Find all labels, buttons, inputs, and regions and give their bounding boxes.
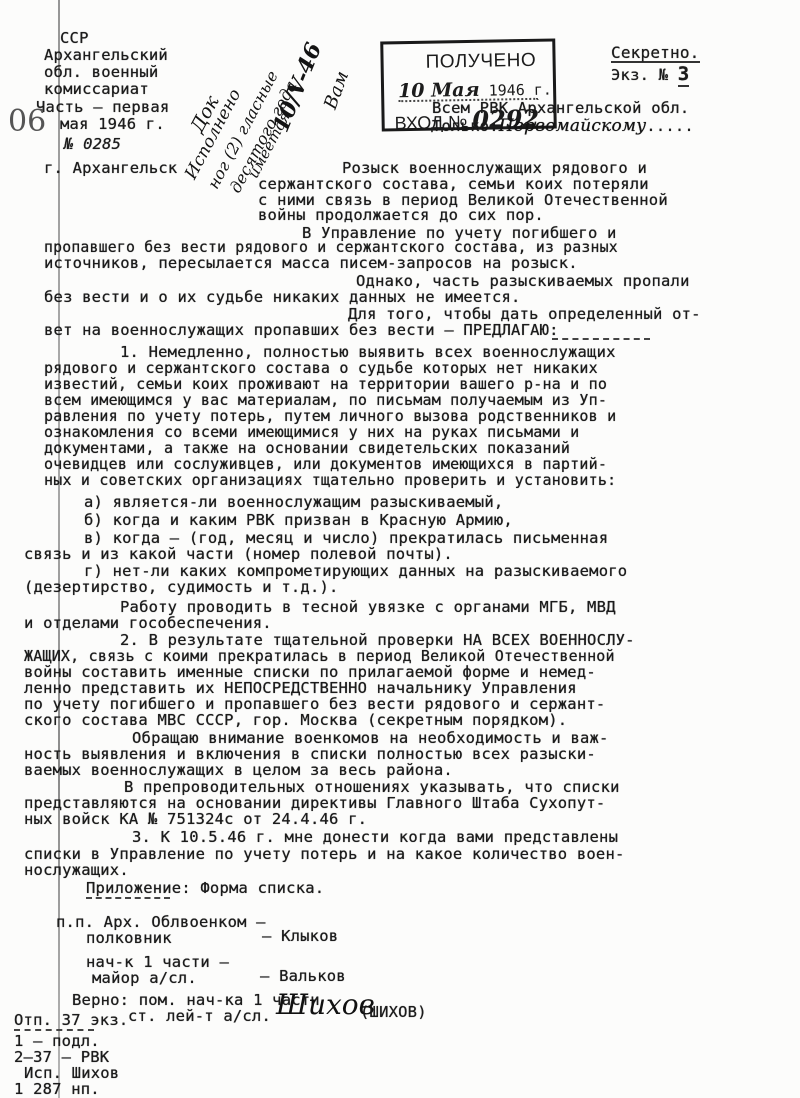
body-line: 3. К 10.5.46 г. мне донести когда вами п… — [132, 829, 618, 845]
attachment-note: Приложение: Форма списка. — [86, 880, 324, 896]
body-line: нослужащих. — [24, 862, 129, 878]
addressee-only: Только:Первомайскому..... — [432, 118, 694, 134]
stamp-title: ПОЛУЧЕНО — [425, 50, 536, 74]
distribution-line: 2–37 – РВК — [14, 1049, 109, 1065]
body-line: без вести и о их судьбе никаких данных н… — [44, 289, 521, 305]
letterhead-line: мая 1946 г. — [60, 116, 165, 132]
body-line: представляются на основании директивы Гл… — [24, 795, 605, 811]
body-line: сержантского состава, семьи коих потерял… — [258, 176, 649, 192]
letterhead-line: комиссариат — [44, 81, 149, 97]
body-list-item: г) нет-ли каких компрометирующих данных … — [84, 563, 627, 579]
resolution-date: 10/V-46 — [268, 39, 327, 136]
signatory-title: п.п. Арх. Облвоенком – — [56, 914, 266, 930]
body-line: всем имеющимся у вас материалам, по пись… — [44, 392, 607, 408]
body-line: ЖАЩИХ, связь с коими прекратилась в пери… — [24, 648, 615, 664]
letterhead-line: Часть – первая — [36, 99, 169, 115]
body-line: рядового и сержантского состава о судьбе… — [44, 360, 598, 376]
copy-number: Экз. № 3 — [611, 66, 689, 83]
body-line: связь и из какой части (номер полевой по… — [24, 546, 453, 562]
distribution-line: 1 287 нп. — [14, 1081, 100, 1097]
body-line: списки в Управление по учету потерь и на… — [24, 846, 625, 862]
body-line: Однако, часть разыскиваемых пропали — [356, 273, 690, 289]
signatory-title: майор а/сл. — [92, 970, 197, 986]
body-line: известий, семьи коих проживают на террит… — [44, 376, 607, 392]
body-line: ность выявления и включения в списки пол… — [24, 746, 596, 762]
classification-label: Секретно. — [611, 45, 700, 63]
signatory-title: нач-к 1 части – — [86, 954, 229, 970]
letterhead-line: обл. военный — [44, 64, 158, 80]
body-list-item: в) когда – (год, месяц и число) прекрати… — [84, 530, 608, 546]
body-line: по учету погибшего и пропавшего без вест… — [24, 696, 605, 712]
body-line: ных войск КА № 751324с от 24.4.46 г. — [24, 811, 367, 827]
distribution-line: Отп. 37 экз. — [14, 1012, 128, 1028]
predlagayu-underline — [552, 338, 650, 340]
signatory-name: (ШИХОВ) — [360, 1004, 427, 1020]
body-list-item: б) когда и каким РВК призван в Красную А… — [84, 512, 513, 528]
body-line: и отделами гособеспечения. — [24, 615, 272, 631]
letterhead-city: г. Архангельск — [44, 160, 177, 176]
scanned-document-page: ССР Архангельский обл. военный комиссари… — [0, 0, 800, 1098]
body-line: Розыск военнослужащих рядового и — [342, 160, 647, 176]
letterhead-line: ССР — [60, 30, 89, 46]
body-line: войны продолжается до сих пор. — [258, 207, 544, 223]
signatory-title: ст. лей-т а/сл. — [128, 1008, 271, 1024]
body-line: ных и советских организациях тщательно п… — [44, 472, 616, 488]
body-line: вет на военнослужащих пропавших без вест… — [44, 322, 559, 338]
distribution-underline — [14, 1029, 94, 1031]
body-line: (дезертирство, судимость и т.д.). — [24, 579, 339, 595]
body-line: Обращаю внимание военкомов на необходимо… — [132, 730, 609, 746]
body-line: источников, пересылается масса писем-зап… — [44, 255, 578, 271]
body-line: равления по учету потерь, путем личного … — [44, 408, 616, 424]
signatory-name: – Клыков — [262, 928, 338, 944]
signatory-name: – Вальков — [260, 968, 346, 984]
body-line: очевидцев или сослуживцев, или документо… — [44, 456, 607, 472]
body-line: 1. Немедленно, полностью выявить всех во… — [120, 344, 616, 360]
outgoing-number: № 0285 — [64, 136, 121, 152]
body-line: ского состава МВС СССР, гор. Москва (сек… — [24, 712, 567, 728]
resolution-signature: Вам — [320, 68, 353, 112]
body-list-item: а) является-ли военнослужащим разыскивае… — [84, 494, 503, 510]
addressee-line: Всем РВК Архангельской обл. — [432, 100, 689, 116]
signatory-title: полковник — [86, 930, 172, 946]
body-line: ваемых военнослужащих в целом за весь ра… — [24, 762, 453, 778]
body-line: ленно представить их НЕПОСРЕДСТВЕННО нач… — [24, 680, 577, 696]
body-line: Для того, чтобы дать определенный от- — [348, 306, 701, 322]
body-line: документами, а также на основании свидет… — [44, 440, 570, 456]
body-line: 2. В результате тщательной проверки НА В… — [120, 632, 635, 648]
distribution-line: 1 – подл. — [14, 1033, 100, 1049]
distribution-line: Исп. Шихов — [24, 1065, 119, 1081]
letterhead-line: Архангельский — [44, 47, 168, 63]
body-line: В препроводительных отношениях указывать… — [124, 779, 620, 795]
body-line: ознакомления со всеми имеющимися у них н… — [44, 424, 579, 440]
attachment-underline — [86, 897, 170, 899]
margin-mark: 06 — [8, 104, 46, 139]
body-line: войны составить именные списки по прилаг… — [24, 664, 596, 680]
body-line: Работу проводить в тесной увязке с орган… — [120, 599, 616, 615]
